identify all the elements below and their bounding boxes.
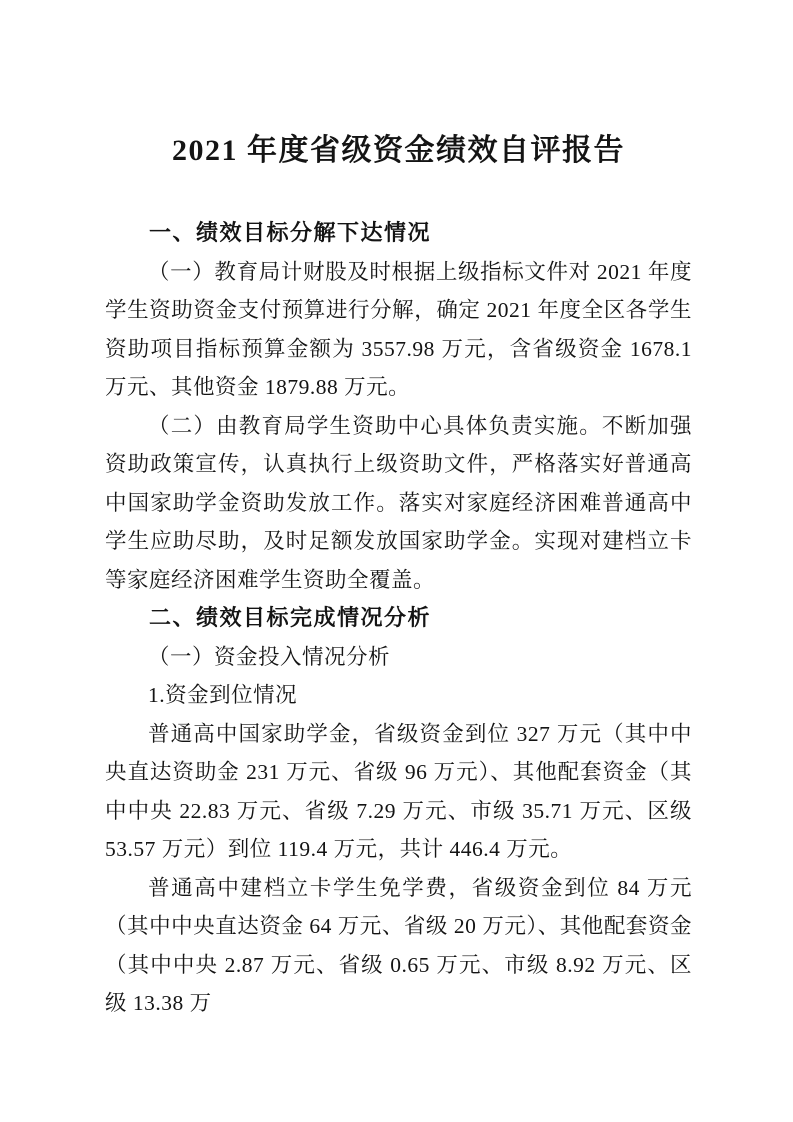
section-2-paragraph-2: 普通高中建档立卡学生免学费，省级资金到位 84 万元（其中中央直达资金 64 万…	[105, 869, 692, 1023]
section-2-paragraph-1: 普通高中国家助学金，省级资金到位 327 万元（其中中央直达资助金 231 万元…	[105, 715, 692, 869]
section-2-heading: 二、绩效目标完成情况分析	[105, 599, 692, 638]
section-2: 二、绩效目标完成情况分析 （一）资金投入情况分析 1.资金到位情况 普通高中国家…	[105, 599, 692, 1023]
section-1-paragraph-1: （一）教育局计财股及时根据上级指标文件对 2021 年度学生资助资金支付预算进行…	[105, 253, 692, 407]
section-1: 一、绩效目标分解下达情况 （一）教育局计财股及时根据上级指标文件对 2021 年…	[105, 214, 692, 599]
document-page: 2021 年度省级资金绩效自评报告 一、绩效目标分解下达情况 （一）教育局计财股…	[0, 0, 793, 1122]
section-1-heading: 一、绩效目标分解下达情况	[105, 214, 692, 253]
section-2-subheading-2: 1.资金到位情况	[105, 676, 692, 715]
section-1-paragraph-2: （二）由教育局学生资助中心具体负责实施。不断加强资助政策宣传，认真执行上级资助文…	[105, 407, 692, 600]
document-title: 2021 年度省级资金绩效自评报告	[105, 128, 692, 174]
section-2-subheading-1: （一）资金投入情况分析	[105, 638, 692, 677]
